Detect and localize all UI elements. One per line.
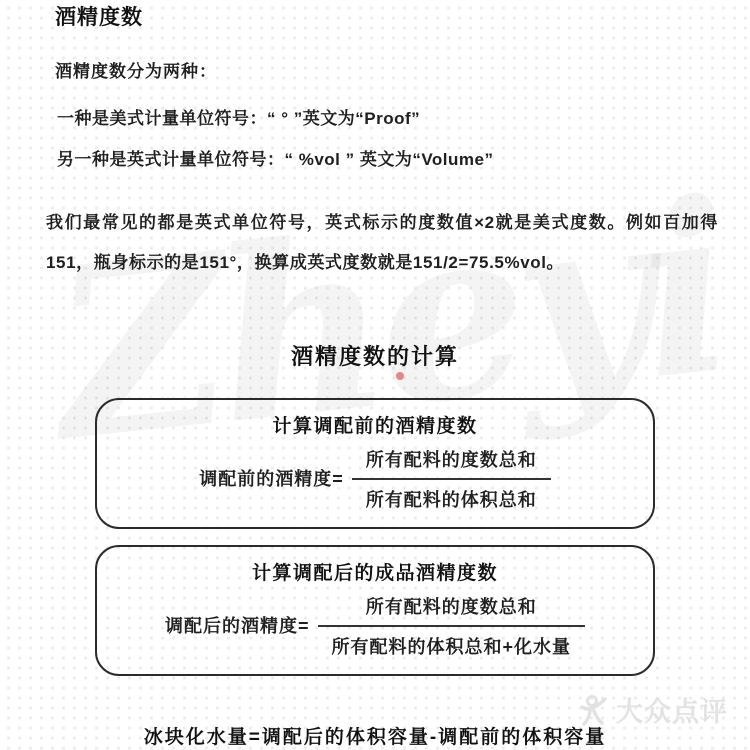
us-unit-line: 一种是美式计量单位符号：“ ° ”英文为“Proof” — [57, 104, 420, 129]
intro-text: 酒精度数分为两种： — [55, 57, 217, 82]
formula-box-before-mixing: 计算调配前的酒精度数 调配前的酒精度= 所有配料的度数总和 所有配料的体积总和 — [95, 398, 655, 529]
formula-denominator: 所有配料的体积总和 — [352, 478, 551, 514]
article-page: Zheyi 酒精度数 酒精度数分为两种： 一种是美式计量单位符号：“ ° ”英文… — [0, 0, 750, 750]
page-title: 酒精度数 — [55, 1, 143, 31]
fraction: 所有配料的度数总和 所有配料的体积总和+化水量 — [318, 589, 586, 661]
formula: 调配前的酒精度= 所有配料的度数总和 所有配料的体积总和 — [199, 442, 551, 514]
section-heading: 酒精度数的计算 — [0, 340, 750, 371]
brand-watermark-label: 大众点评 — [616, 690, 728, 729]
box-title: 计算调配前的酒精度数 — [272, 411, 477, 438]
formula-box-after-mixing: 计算调配后的成品酒精度数 调配后的酒精度= 所有配料的度数总和 所有配料的体积总… — [95, 545, 655, 676]
formula-numerator: 所有配料的度数总和 — [352, 442, 551, 478]
brand-watermark: 大众点评 — [578, 690, 728, 729]
red-dot-accent — [396, 372, 404, 380]
explanation-paragraph: 我们最常见的都是英式单位符号，英式标示的度数值×2就是美式度数。例如百加得151… — [46, 203, 718, 283]
fraction: 所有配料的度数总和 所有配料的体积总和 — [352, 442, 551, 514]
formula-lhs: 调配前的酒精度= — [199, 465, 344, 491]
formula-lhs: 调配后的酒精度= — [165, 612, 310, 638]
formula: 调配后的酒精度= 所有配料的度数总和 所有配料的体积总和+化水量 — [165, 589, 585, 661]
uk-unit-line: 另一种是英式计量单位符号：“ %vol ” 英文为“Volume” — [57, 145, 494, 170]
formula-denominator: 所有配料的体积总和+化水量 — [318, 625, 586, 661]
box-title: 计算调配后的成品酒精度数 — [252, 558, 498, 585]
formula-numerator: 所有配料的度数总和 — [352, 589, 551, 625]
dianping-person-icon — [578, 693, 612, 727]
